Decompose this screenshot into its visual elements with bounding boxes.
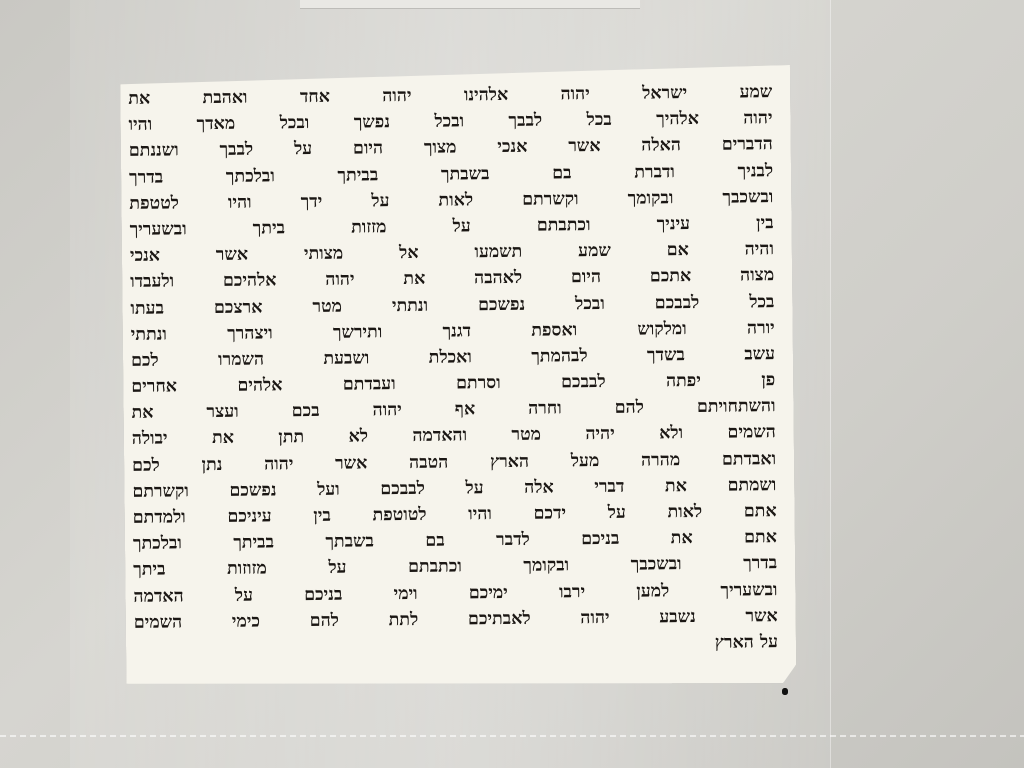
scroll-text: שמע ישראל יהוה אלהינו יהוה אחד ואהבת את … bbox=[128, 79, 778, 662]
sleeve-label-edge bbox=[300, 0, 640, 9]
sleeve-seam bbox=[0, 735, 1024, 737]
ink-dot bbox=[782, 688, 788, 695]
mezuzah-scroll: שמע ישראל יהוה אלהינו יהוה אחד ואהבת את … bbox=[120, 65, 796, 690]
